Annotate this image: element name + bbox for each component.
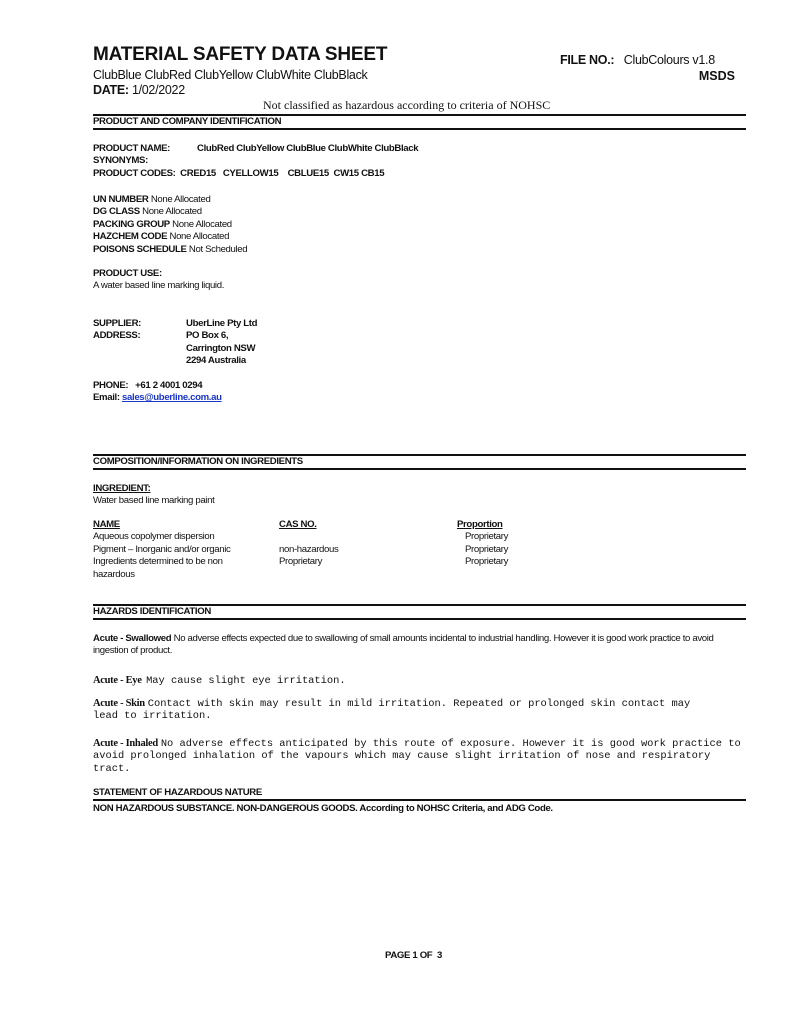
- ingredients-table: NAME CAS NO. Proportion Aqueous copolyme…: [93, 519, 563, 581]
- classification-hazchem-code: HAZCHEM CODE None Allocated: [93, 231, 247, 243]
- file-no-value: ClubColours v1.8: [624, 53, 715, 67]
- product-use-value: A water based line marking liquid.: [93, 280, 224, 292]
- product-name-row: PRODUCT NAME:ClubRed ClubYellow ClubBlue…: [93, 143, 418, 155]
- section-rule-bottom: [93, 618, 746, 620]
- hazard-skin: Acute - Skin Contact with skin may resul…: [93, 698, 693, 723]
- page-number: PAGE 1 OF 3: [385, 950, 442, 962]
- address-line-3: 2294 Australia: [186, 355, 246, 366]
- date-value: 1/02/2022: [132, 83, 185, 97]
- hazard-swallowed: Acute - Swallowed No adverse effects exp…: [93, 633, 733, 658]
- product-use-label: PRODUCT USE:: [93, 268, 224, 280]
- address-label: ADDRESS:: [93, 330, 186, 342]
- doc-type-label: MSDS: [699, 69, 735, 83]
- contact-block: PHONE: +61 2 4001 0294 Email: sales@uber…: [93, 380, 222, 405]
- table-header: NAME CAS NO. Proportion: [93, 519, 563, 531]
- hazard-text: May cause slight eye irritation.: [146, 675, 346, 687]
- ingredient-label: INGREDIENT:: [93, 483, 214, 495]
- column-header-proportion: Proportion: [457, 519, 503, 531]
- hazard-text: No adverse effects anticipated by this r…: [93, 738, 741, 775]
- file-number: FILE NO.: ClubColours v1.8: [560, 53, 715, 67]
- ingredient-block: INGREDIENT: Water based line marking pai…: [93, 483, 214, 508]
- product-name-label: PRODUCT NAME:: [93, 143, 197, 155]
- hazard-eye: Acute - Eye May cause slight eye irritat…: [93, 670, 753, 688]
- table-row: Ingredients determined to be non hazardo…: [93, 556, 563, 581]
- classification-list: UN NUMBER None Allocated DG CLASS None A…: [93, 194, 247, 256]
- document-date: DATE: 1/02/2022: [93, 83, 185, 97]
- product-codes-row: PRODUCT CODES: CRED15 CYELLOW15 CBLUE15 …: [93, 168, 384, 180]
- synonyms-label: SYNONYMS:: [93, 155, 148, 167]
- classification-packing-group: PACKING GROUP None Allocated: [93, 219, 247, 231]
- supplier-value: UberLine Pty Ltd: [186, 318, 257, 329]
- hazard-text: Contact with skin may result in mild irr…: [93, 698, 690, 722]
- hazard-label: Acute - Swallowed: [93, 633, 171, 644]
- section-rule-bottom: [93, 468, 746, 470]
- date-label: DATE:: [93, 83, 129, 97]
- section-heading-hazards: HAZARDS IDENTIFICATION: [93, 606, 211, 617]
- product-name-value: ClubRed ClubYellow ClubBlue ClubWhite Cl…: [197, 143, 418, 154]
- column-header-name: NAME: [93, 519, 120, 531]
- hazard-inhaled: Acute - Inhaled No adverse effects antic…: [93, 738, 753, 775]
- section-rule-bottom: [93, 128, 746, 130]
- supplier-block: SUPPLIER:UberLine Pty Ltd ADDRESS:PO Box…: [93, 318, 257, 368]
- phone-value: +61 2 4001 0294: [135, 380, 202, 391]
- address-line-1: PO Box 6,: [186, 330, 228, 341]
- email-label: Email:: [93, 392, 120, 403]
- section-rule-bottom: [93, 799, 746, 801]
- hazard-label: Acute - Inhaled: [93, 738, 158, 749]
- classification-un-number: UN NUMBER None Allocated: [93, 194, 247, 206]
- section-heading-statement: STATEMENT OF HAZARDOUS NATURE: [93, 787, 262, 798]
- classification-dg-class: DG CLASS None Allocated: [93, 206, 247, 218]
- hazard-label: Acute - Skin: [93, 698, 145, 709]
- product-codes-label: PRODUCT CODES:: [93, 168, 176, 179]
- section-heading-composition: COMPOSITION/INFORMATION ON INGREDIENTS: [93, 456, 303, 467]
- hazard-label: Acute - Eye: [93, 675, 142, 686]
- address-line-2: Carrington NSW: [186, 343, 255, 354]
- email-link[interactable]: sales@uberline.com.au: [122, 392, 222, 403]
- hazard-text: No adverse effects expected due to swall…: [93, 633, 714, 656]
- product-use: PRODUCT USE: A water based line marking …: [93, 268, 224, 293]
- product-codes-value: CRED15 CYELLOW15 CBLUE15 CW15 CB15: [180, 168, 384, 179]
- product-list-line: ClubBlue ClubRed ClubYellow ClubWhite Cl…: [93, 68, 367, 82]
- table-row: Aqueous copolymer dispersion Proprietary: [93, 531, 563, 543]
- classification-poisons-schedule: POISONS SCHEDULE Not Scheduled: [93, 244, 247, 256]
- column-header-cas: CAS NO.: [279, 519, 317, 531]
- statement-text: NON HAZARDOUS SUBSTANCE. NON-DANGEROUS G…: [93, 803, 553, 815]
- section-heading-product-identification: PRODUCT AND COMPANY IDENTIFICATION: [93, 116, 281, 127]
- classification-notice: Not classified as hazardous according to…: [263, 98, 550, 113]
- ingredient-value: Water based line marking paint: [93, 495, 214, 507]
- file-no-label: FILE NO.:: [560, 53, 614, 67]
- phone-label: PHONE:: [93, 380, 128, 391]
- supplier-label: SUPPLIER:: [93, 318, 186, 330]
- table-row: Pigment – Inorganic and/or organic non-h…: [93, 544, 563, 556]
- document-title: MATERIAL SAFETY DATA SHEET: [93, 44, 387, 66]
